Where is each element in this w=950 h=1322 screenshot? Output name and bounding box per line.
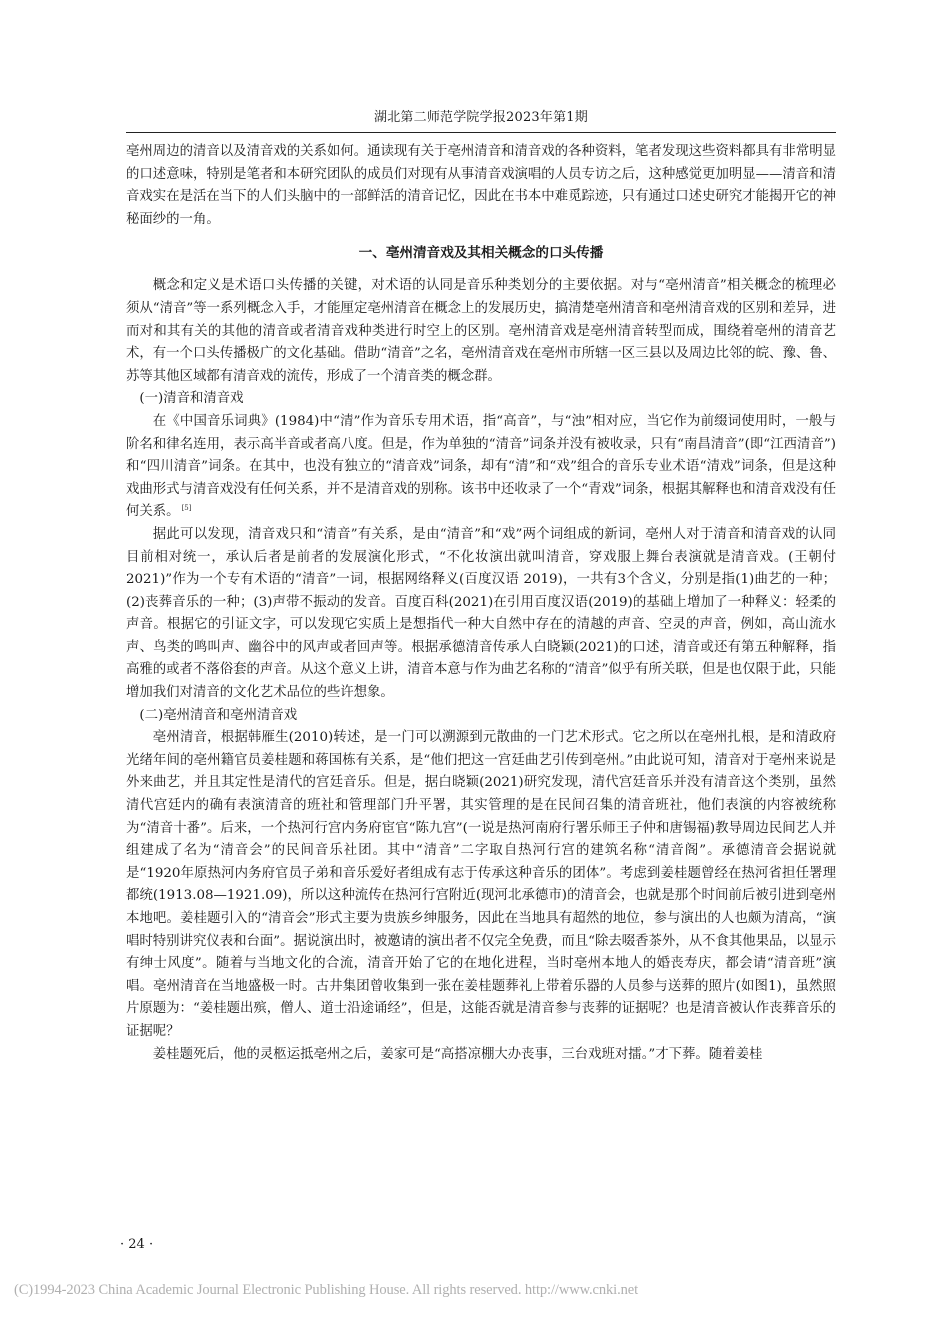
paragraph-text: 在《中国音乐词典》(1984)中“清”作为音乐专用术语，指“高音”，与“浊”相对… — [126, 414, 836, 519]
article-body: 亳州周边的清音以及清音戏的关系如何。通读现有关于亳州清音和清音戏的各种资料，笔者… — [126, 141, 836, 1066]
subsection-2-title: (二)亳州清音和亳州清音戏 — [126, 705, 836, 728]
copyright-notice: (C)1994-2023 China Academic Journal Elec… — [14, 1282, 638, 1299]
intro-paragraph: 亳州周边的清音以及清音戏的关系如何。通读现有关于亳州清音和清音戏的各种资料，笔者… — [126, 141, 836, 231]
subsection-1-paragraph-2: 据此可以发现，清音戏只和“清音”有关系，是由“清音”和“戏”两个词组成的新词，亳… — [126, 524, 836, 705]
subsection-2-paragraph-1: 亳州清音，根据韩雁生(2010)转述，是一门可以溯源到元散曲的一门艺术形式。它之… — [126, 727, 836, 1043]
citation-reference[interactable]: [5] — [182, 504, 192, 512]
subsection-2-paragraph-2: 姜桂题死后，他的灵柩运抵亳州之后，姜家可是“高搭凉棚大办丧事，三台戏班对擂。”才… — [126, 1044, 836, 1067]
subsection-1-title: (一)清音和清音戏 — [126, 388, 836, 411]
journal-page: 湖北第二师范学院学报2023年第1期 亳州周边的清音以及清音戏的关系如何。通读现… — [0, 0, 950, 1322]
subsection-1-paragraph-1: 在《中国音乐词典》(1984)中“清”作为音乐专用术语，指“高音”，与“浊”相对… — [126, 411, 836, 524]
section-heading: 一、亳州清音戏及其相关概念的口头传播 — [126, 242, 836, 264]
section-paragraph: 概念和定义是术语口头传播的关键，对术语的认同是音乐种类划分的主要依据。对与“亳州… — [126, 275, 836, 388]
running-header-title: 湖北第二师范学院学报2023年第1期 — [126, 106, 836, 125]
header-rule-divider — [126, 132, 836, 133]
page-number: · 24 · — [120, 1237, 153, 1252]
